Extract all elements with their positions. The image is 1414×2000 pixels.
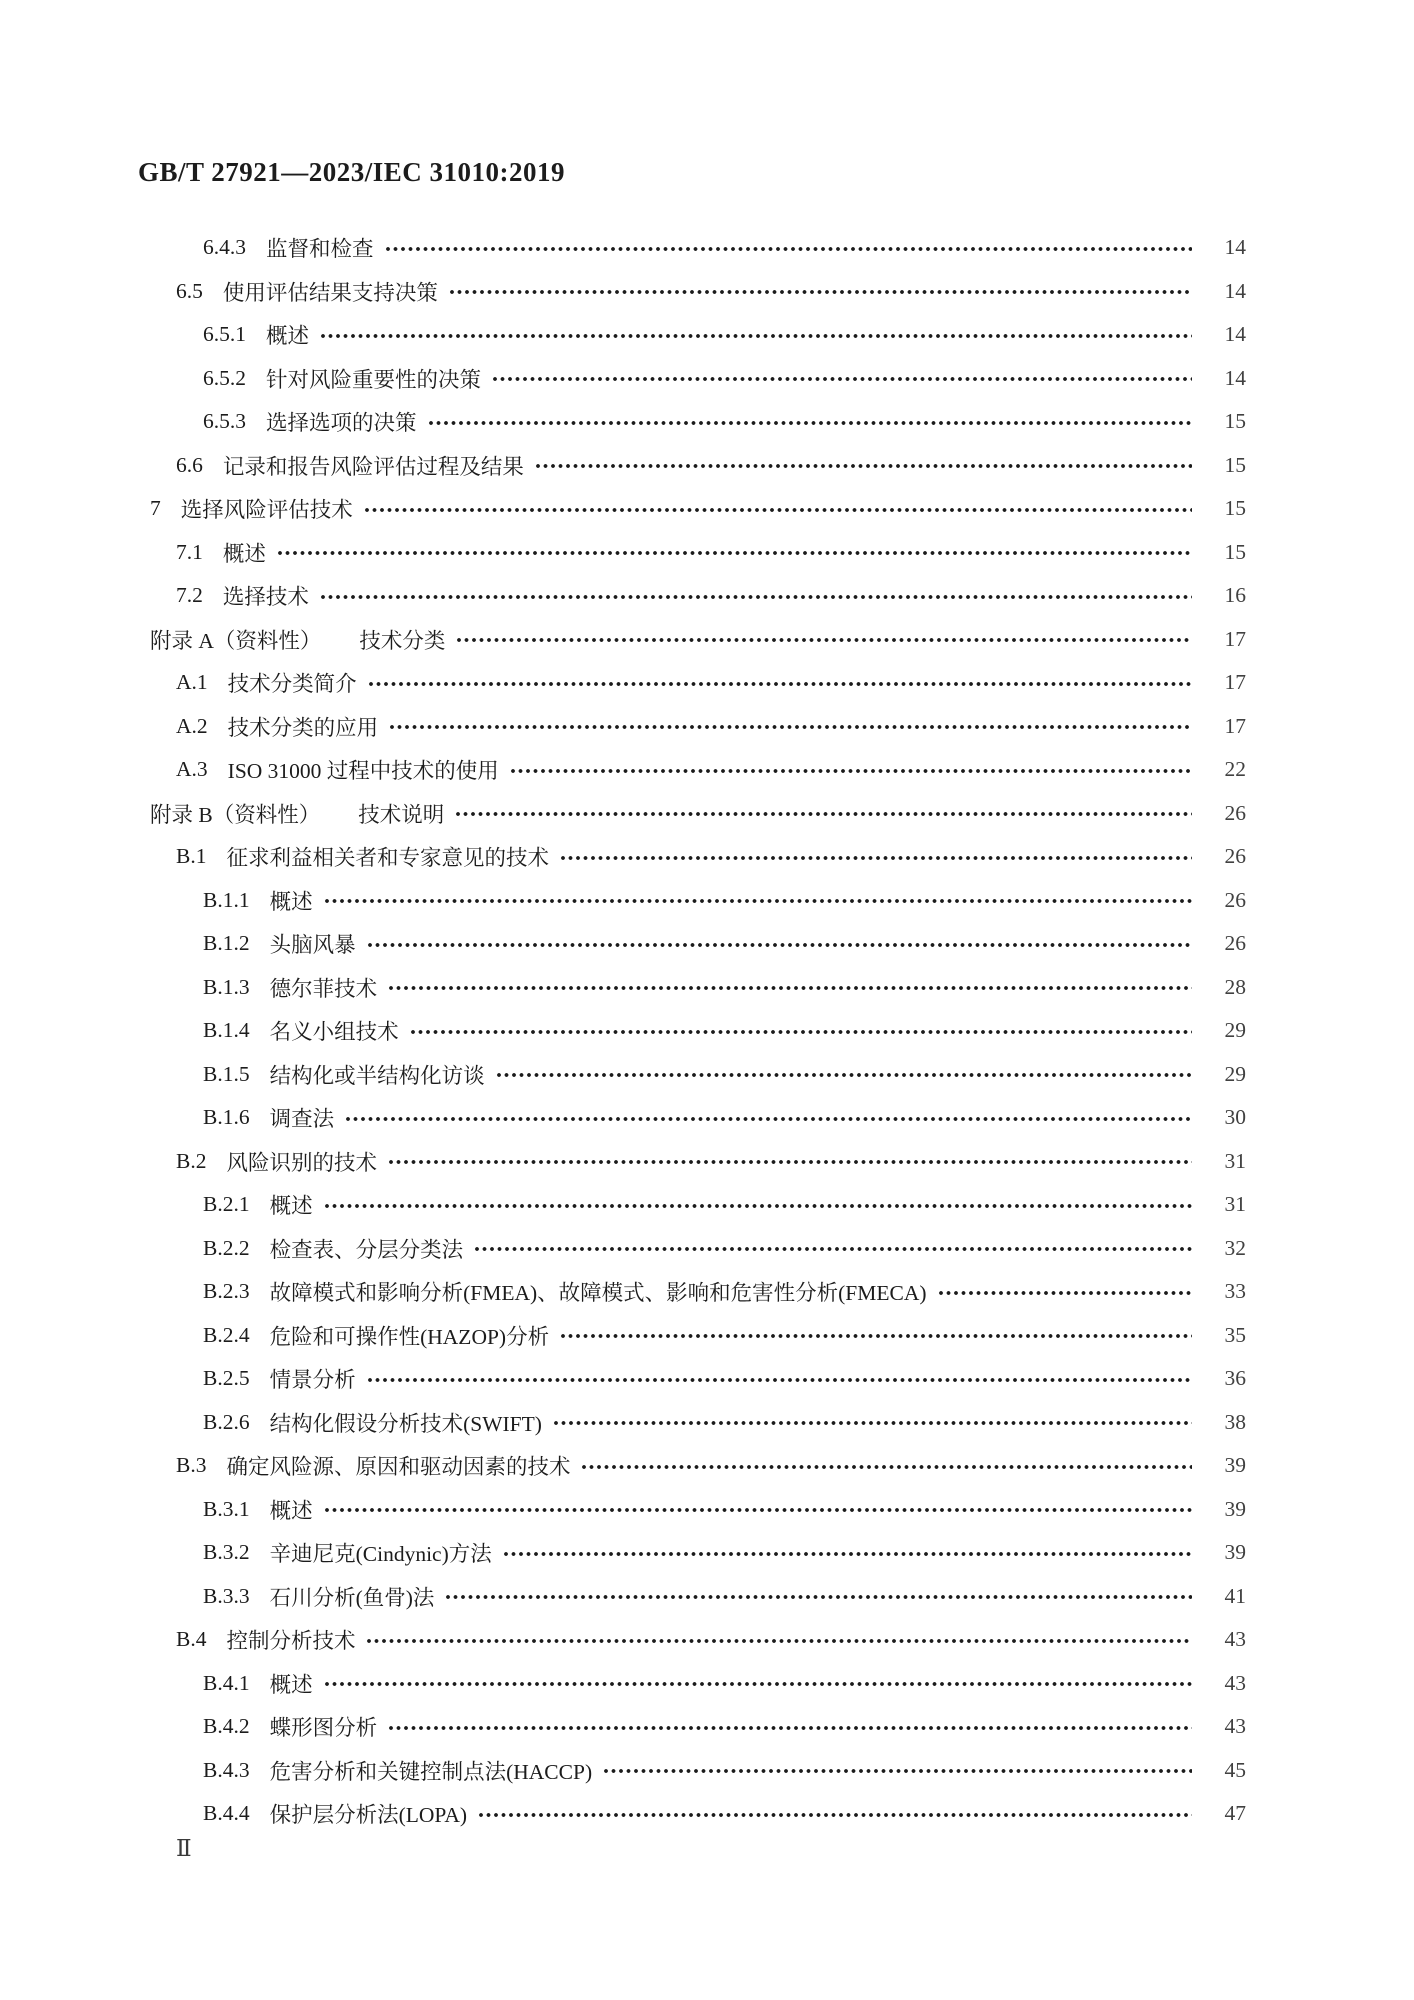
toc-entry-title: 结构化或半结构化访谈 xyxy=(270,1059,485,1090)
leader-dots xyxy=(389,723,1192,731)
toc-row: 7.2选择技术16 xyxy=(150,574,1246,618)
leader-dots xyxy=(449,288,1192,296)
leader-dots xyxy=(455,810,1192,818)
toc-row: 7.1概述15 xyxy=(150,531,1246,575)
toc-entry-page: 35 xyxy=(1204,1323,1246,1348)
toc-entry-title: 概述 xyxy=(270,1189,313,1220)
toc-entry-number: 7.2 xyxy=(176,583,203,608)
toc-entry-title: 保护层分析法(LOPA) xyxy=(270,1798,468,1829)
leader-dots xyxy=(368,680,1192,688)
toc-row: B.2.4危险和可操作性(HAZOP)分析35 xyxy=(150,1314,1246,1358)
toc-entry-title: 危害分析和关键控制点法(HACCP) xyxy=(270,1755,593,1786)
toc-entry-page: 26 xyxy=(1204,931,1246,956)
toc-entry-page: 38 xyxy=(1204,1410,1246,1435)
toc-entry-title: 石川分析(鱼骨)法 xyxy=(270,1581,435,1612)
toc-entry-number: B.2.1 xyxy=(203,1192,250,1217)
leader-dots xyxy=(560,1332,1192,1340)
toc-row: 附录 B（资料性）技术说明26 xyxy=(150,792,1246,836)
leader-dots xyxy=(388,984,1192,992)
toc-entry-number: B.1.3 xyxy=(203,975,250,1000)
toc-entry-number: B.2.4 xyxy=(203,1323,250,1348)
leader-dots xyxy=(345,1115,1192,1123)
toc-entry-title: 名义小组技术 xyxy=(270,1015,399,1046)
toc-entry-page: 14 xyxy=(1204,366,1246,391)
toc-entry-number: B.3.1 xyxy=(203,1497,250,1522)
toc-row: B.3.1概述39 xyxy=(150,1488,1246,1532)
toc-row: A.1技术分类简介17 xyxy=(150,661,1246,705)
leader-dots xyxy=(492,375,1192,383)
toc-entry-number: B.2.3 xyxy=(203,1279,250,1304)
toc-row: B.1.5结构化或半结构化访谈29 xyxy=(150,1053,1246,1097)
leader-dots xyxy=(410,1028,1192,1036)
toc-entry-number: B.1.4 xyxy=(203,1018,250,1043)
toc-row: 6.5.2针对风险重要性的决策14 xyxy=(150,357,1246,401)
toc-entry-title: 技术分类简介 xyxy=(228,667,357,698)
toc-entry-number: B.1.1 xyxy=(203,888,250,913)
toc-entry-number: B.3.2 xyxy=(203,1540,250,1565)
toc-entry-number: B.1 xyxy=(176,844,206,869)
leader-dots xyxy=(385,245,1192,253)
toc-row: B.2风险识别的技术31 xyxy=(150,1140,1246,1184)
toc-entry-number: B.3 xyxy=(176,1453,206,1478)
toc-entry-title: 征求利益相关者和专家意见的技术 xyxy=(226,841,549,872)
leader-dots xyxy=(553,1419,1192,1427)
toc-entry-title: 选择风险评估技术 xyxy=(181,493,353,524)
leader-dots xyxy=(510,767,1192,775)
toc-entry-page: 39 xyxy=(1204,1497,1246,1522)
toc-entry-page: 43 xyxy=(1204,1671,1246,1696)
leader-dots xyxy=(324,1506,1192,1514)
toc-entry-number: 6.5.3 xyxy=(203,409,246,434)
toc-row: B.1.3德尔菲技术28 xyxy=(150,966,1246,1010)
toc-entry-number: 6.6 xyxy=(176,453,203,478)
table-of-contents: 6.4.3监督和检查146.5使用评估结果支持决策146.5.1概述146.5.… xyxy=(150,226,1246,1836)
toc-row: 6.5.1概述14 xyxy=(150,313,1246,357)
toc-row: B.3.2辛迪尼克(Cindynic)方法39 xyxy=(150,1531,1246,1575)
toc-entry-page: 47 xyxy=(1204,1801,1246,1826)
toc-entry-page: 43 xyxy=(1204,1627,1246,1652)
toc-entry-number: B.4.2 xyxy=(203,1714,250,1739)
toc-row: B.2.6结构化假设分析技术(SWIFT)38 xyxy=(150,1401,1246,1445)
toc-entry-title: 德尔菲技术 xyxy=(270,972,378,1003)
leader-dots xyxy=(366,1637,1192,1645)
toc-entry-number: B.2.6 xyxy=(203,1410,250,1435)
leader-dots xyxy=(456,636,1192,644)
toc-entry-page: 36 xyxy=(1204,1366,1246,1391)
leader-dots xyxy=(535,462,1192,470)
toc-row: B.1.1概述26 xyxy=(150,879,1246,923)
toc-entry-page: 22 xyxy=(1204,757,1246,782)
toc-entry-number: B.1.6 xyxy=(203,1105,250,1130)
toc-entry-page: 14 xyxy=(1204,322,1246,347)
toc-row: B.2.3故障模式和影响分析(FMEA)、故障模式、影响和危害性分析(FMECA… xyxy=(150,1270,1246,1314)
toc-entry-title: 情景分析 xyxy=(270,1363,356,1394)
toc-entry-title: 调查法 xyxy=(270,1102,335,1133)
toc-entry-page: 17 xyxy=(1204,714,1246,739)
toc-entry-number: A.3 xyxy=(176,757,208,782)
toc-entry-page: 41 xyxy=(1204,1584,1246,1609)
toc-entry-title: 风险识别的技术 xyxy=(226,1146,377,1177)
leader-dots xyxy=(496,1071,1192,1079)
leader-dots xyxy=(603,1767,1192,1775)
leader-dots xyxy=(324,897,1192,905)
toc-entry-number: B.4.4 xyxy=(203,1801,250,1826)
toc-entry-title: 危险和可操作性(HAZOP)分析 xyxy=(270,1320,550,1351)
toc-row: B.1.2头脑风暴26 xyxy=(150,922,1246,966)
toc-entry-page: 31 xyxy=(1204,1149,1246,1174)
toc-entry-title: 技术分类 xyxy=(359,624,445,655)
toc-entry-page: 28 xyxy=(1204,975,1246,1000)
toc-row: B.2.2检查表、分层分类法32 xyxy=(150,1227,1246,1271)
leader-dots xyxy=(367,1376,1192,1384)
toc-entry-number: A.1 xyxy=(176,670,208,695)
page-number-footer: Ⅱ xyxy=(176,1836,192,1862)
toc-entry-page: 17 xyxy=(1204,670,1246,695)
toc-entry-title: 概述 xyxy=(270,1494,313,1525)
toc-entry-number: 附录 A（资料性） xyxy=(150,624,321,655)
toc-entry-title: 选择选项的决策 xyxy=(266,406,417,437)
toc-entry-page: 26 xyxy=(1204,888,1246,913)
toc-entry-title: 概述 xyxy=(270,885,313,916)
toc-entry-page: 14 xyxy=(1204,235,1246,260)
toc-row: B.4.4保护层分析法(LOPA)47 xyxy=(150,1792,1246,1836)
leader-dots xyxy=(474,1245,1192,1253)
leader-dots xyxy=(320,593,1192,601)
toc-entry-title: 概述 xyxy=(223,537,266,568)
toc-entry-number: B.3.3 xyxy=(203,1584,250,1609)
toc-entry-number: 6.5.1 xyxy=(203,322,246,347)
toc-row: B.1.4名义小组技术29 xyxy=(150,1009,1246,1053)
toc-row: A.2技术分类的应用17 xyxy=(150,705,1246,749)
toc-entry-title: 概述 xyxy=(270,1668,313,1699)
toc-entry-title: 蝶形图分析 xyxy=(270,1711,378,1742)
toc-entry-number: B.2.5 xyxy=(203,1366,250,1391)
toc-row: B.4控制分析技术43 xyxy=(150,1618,1246,1662)
toc-row: B.2.1概述31 xyxy=(150,1183,1246,1227)
leader-dots xyxy=(428,419,1192,427)
toc-entry-title: 使用评估结果支持决策 xyxy=(223,276,438,307)
leader-dots xyxy=(324,1680,1192,1688)
toc-row: 6.6记录和报告风险评估过程及结果15 xyxy=(150,444,1246,488)
toc-entry-number: B.2 xyxy=(176,1149,206,1174)
toc-row: B.1.6调查法30 xyxy=(150,1096,1246,1140)
toc-row: B.3.3石川分析(鱼骨)法41 xyxy=(150,1575,1246,1619)
toc-entry-title: 控制分析技术 xyxy=(226,1624,355,1655)
leader-dots xyxy=(277,549,1192,557)
toc-entry-page: 45 xyxy=(1204,1758,1246,1783)
leader-dots xyxy=(364,506,1192,514)
toc-entry-page: 43 xyxy=(1204,1714,1246,1739)
toc-entry-page: 26 xyxy=(1204,844,1246,869)
toc-entry-number: B.4 xyxy=(176,1627,206,1652)
toc-entry-title: 故障模式和影响分析(FMEA)、故障模式、影响和危害性分析(FMECA) xyxy=(270,1276,927,1307)
toc-row: 附录 A（资料性）技术分类17 xyxy=(150,618,1246,662)
leader-dots xyxy=(503,1550,1192,1558)
toc-entry-page: 14 xyxy=(1204,279,1246,304)
toc-entry-title: ISO 31000 过程中技术的使用 xyxy=(228,754,499,785)
toc-entry-page: 39 xyxy=(1204,1453,1246,1478)
leader-dots xyxy=(367,941,1192,949)
leader-dots xyxy=(388,1724,1192,1732)
toc-entry-title: 选择技术 xyxy=(223,580,309,611)
leader-dots xyxy=(320,332,1192,340)
toc-entry-page: 31 xyxy=(1204,1192,1246,1217)
toc-entry-page: 15 xyxy=(1204,496,1246,521)
leader-dots xyxy=(324,1202,1192,1210)
toc-row: A.3ISO 31000 过程中技术的使用22 xyxy=(150,748,1246,792)
toc-entry-number: B.1.2 xyxy=(203,931,250,956)
leader-dots xyxy=(581,1463,1192,1471)
toc-entry-number: 6.4.3 xyxy=(203,235,246,260)
toc-entry-title: 技术分类的应用 xyxy=(228,711,379,742)
toc-entry-page: 15 xyxy=(1204,453,1246,478)
toc-entry-number: 6.5 xyxy=(176,279,203,304)
toc-row: B.4.1概述43 xyxy=(150,1662,1246,1706)
toc-entry-number: 6.5.2 xyxy=(203,366,246,391)
toc-entry-page: 39 xyxy=(1204,1540,1246,1565)
toc-entry-number: B.4.1 xyxy=(203,1671,250,1696)
toc-entry-title: 检查表、分层分类法 xyxy=(270,1233,464,1264)
toc-entry-title: 技术说明 xyxy=(358,798,444,829)
toc-row: B.4.3危害分析和关键控制点法(HACCP)45 xyxy=(150,1749,1246,1793)
toc-entry-title: 确定风险源、原因和驱动因素的技术 xyxy=(226,1450,570,1481)
toc-entry-page: 26 xyxy=(1204,801,1246,826)
toc-entry-page: 30 xyxy=(1204,1105,1246,1130)
leader-dots xyxy=(478,1811,1192,1819)
toc-entry-page: 15 xyxy=(1204,540,1246,565)
toc-row: 7选择风险评估技术15 xyxy=(150,487,1246,531)
toc-entry-page: 16 xyxy=(1204,583,1246,608)
toc-entry-page: 17 xyxy=(1204,627,1246,652)
toc-entry-page: 29 xyxy=(1204,1062,1246,1087)
toc-entry-page: 29 xyxy=(1204,1018,1246,1043)
toc-entry-title: 概述 xyxy=(266,319,309,350)
toc-row: B.2.5情景分析36 xyxy=(150,1357,1246,1401)
toc-entry-number: A.2 xyxy=(176,714,208,739)
toc-entry-title: 结构化假设分析技术(SWIFT) xyxy=(270,1407,542,1438)
toc-row: B.4.2蝶形图分析43 xyxy=(150,1705,1246,1749)
toc-row: B.3确定风险源、原因和驱动因素的技术39 xyxy=(150,1444,1246,1488)
toc-entry-page: 33 xyxy=(1204,1279,1246,1304)
toc-entry-title: 针对风险重要性的决策 xyxy=(266,363,481,394)
leader-dots xyxy=(445,1593,1192,1601)
toc-entry-number: B.1.5 xyxy=(203,1062,250,1087)
toc-entry-number: 附录 B（资料性） xyxy=(150,798,320,829)
leader-dots xyxy=(388,1158,1192,1166)
toc-entry-title: 头脑风暴 xyxy=(270,928,356,959)
toc-entry-title: 记录和报告风险评估过程及结果 xyxy=(223,450,524,481)
toc-entry-number: 7.1 xyxy=(176,540,203,565)
leader-dots xyxy=(560,854,1192,862)
toc-row: 6.5使用评估结果支持决策14 xyxy=(150,270,1246,314)
toc-entry-number: B.4.3 xyxy=(203,1758,250,1783)
leader-dots xyxy=(938,1289,1192,1297)
toc-entry-number: B.2.2 xyxy=(203,1236,250,1261)
toc-row: 6.4.3监督和检查14 xyxy=(150,226,1246,270)
toc-entry-page: 32 xyxy=(1204,1236,1246,1261)
toc-row: 6.5.3选择选项的决策15 xyxy=(150,400,1246,444)
document-number: GB/T 27921—2023/IEC 31010:2019 xyxy=(138,157,565,188)
toc-entry-title: 辛迪尼克(Cindynic)方法 xyxy=(270,1537,492,1568)
toc-row: B.1征求利益相关者和专家意见的技术26 xyxy=(150,835,1246,879)
toc-entry-title: 监督和检查 xyxy=(266,232,374,263)
toc-entry-number: 7 xyxy=(150,496,161,521)
toc-entry-page: 15 xyxy=(1204,409,1246,434)
